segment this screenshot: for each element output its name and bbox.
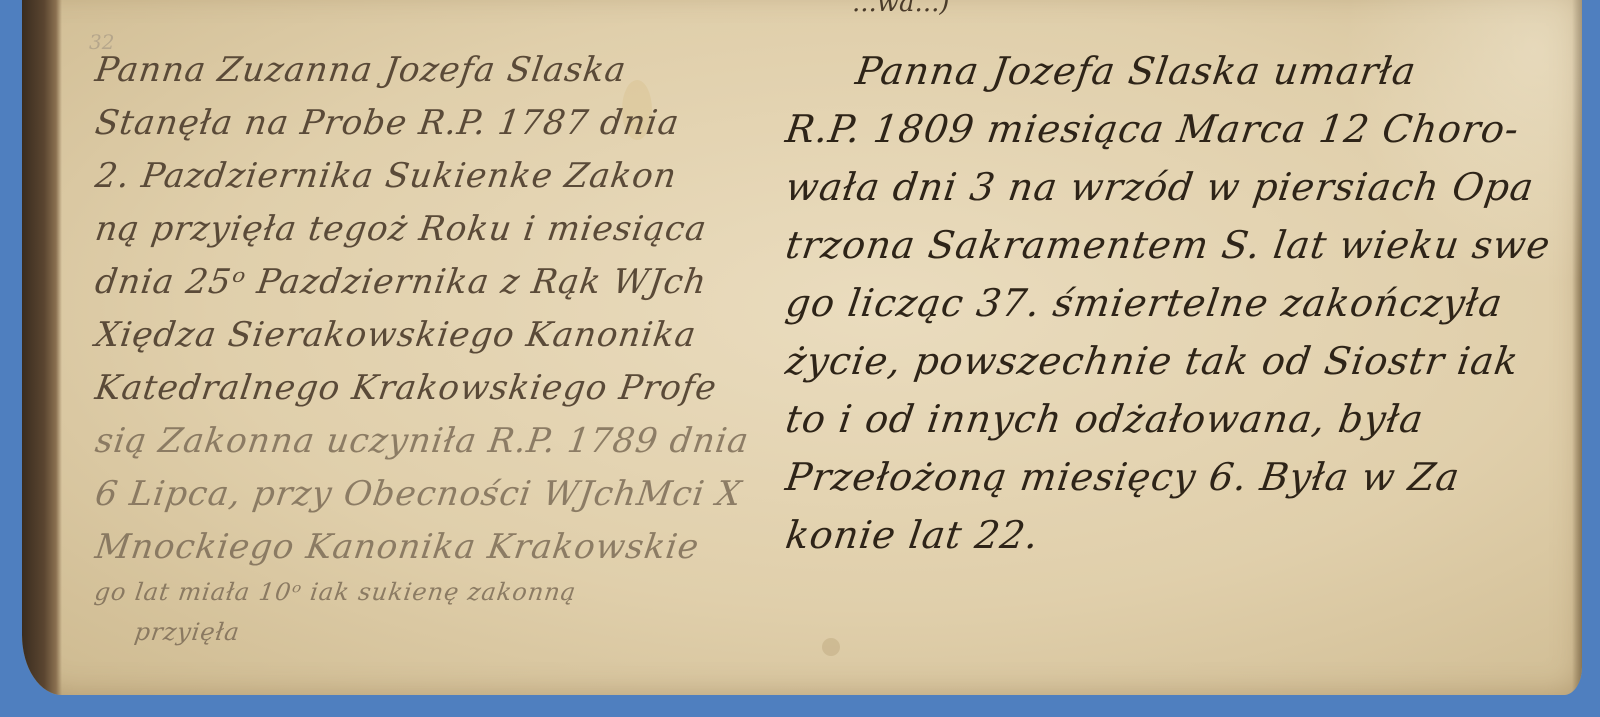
right-line-1: Panna Jozefa Slaska umarła (782, 42, 1582, 100)
left-line-4: ną przyięła tegoż Roku i miesiąca (92, 201, 799, 254)
left-line-1: Panna Zuzanna Jozefa Slaska (92, 42, 799, 95)
left-line-9: 6 Lipca, przy Obecności WJchMci X (92, 466, 799, 519)
left-line-12: przyięła (92, 612, 798, 652)
left-line-8: sią Zakonna uczyniła R.P. 1789 dnia (92, 413, 799, 466)
left-line-2: Stanęła na Probe R.P. 1787 dnia (92, 95, 799, 148)
left-line-7: Katedralnego Krakowskiego Profe (92, 360, 799, 413)
left-line-5: dnia 25ᵒ Pazdziernika z Rąk WJch (92, 254, 799, 307)
right-line-9: konie lat 22. (782, 506, 1582, 564)
left-line-11: go lat miała 10ᵒ iak sukienę zakonną (92, 572, 798, 612)
ink-stain (822, 638, 840, 656)
right-line-8: Przełożoną miesięcy 6. Była w Za (782, 448, 1582, 506)
right-line-6: życie, powszechnie tak od Siostr iak (782, 332, 1582, 390)
right-line-7: to i od innych odżałowana, była (782, 390, 1582, 448)
right-line-3: wała dni 3 na wrzód w piersiach Opa (782, 158, 1582, 216)
left-line-6: Xiędza Sierakowskiego Kanonika (92, 307, 799, 360)
left-line-10: Mnockiego Kanonika Krakowskie (92, 519, 799, 572)
manuscript-page: 32 ...wa...) Panna Zuzanna Jozefa Slaska… (22, 0, 1582, 695)
left-line-3: 2. Pazdziernika Sukienke Zakon (92, 148, 799, 201)
left-entry: Panna Zuzanna Jozefa Slaska Stanęła na P… (92, 42, 792, 652)
book-binding-edge (22, 0, 62, 695)
right-entry: Panna Jozefa Slaska umarła R.P. 1809 mie… (782, 42, 1582, 564)
top-text-fragment: ...wa...) (852, 0, 950, 18)
right-line-4: trzona Sakramentem S. lat wieku swe (782, 216, 1582, 274)
right-line-2: R.P. 1809 miesiąca Marca 12 Choro- (782, 100, 1582, 158)
right-line-5: go licząc 37. śmiertelne zakończyła (782, 274, 1582, 332)
